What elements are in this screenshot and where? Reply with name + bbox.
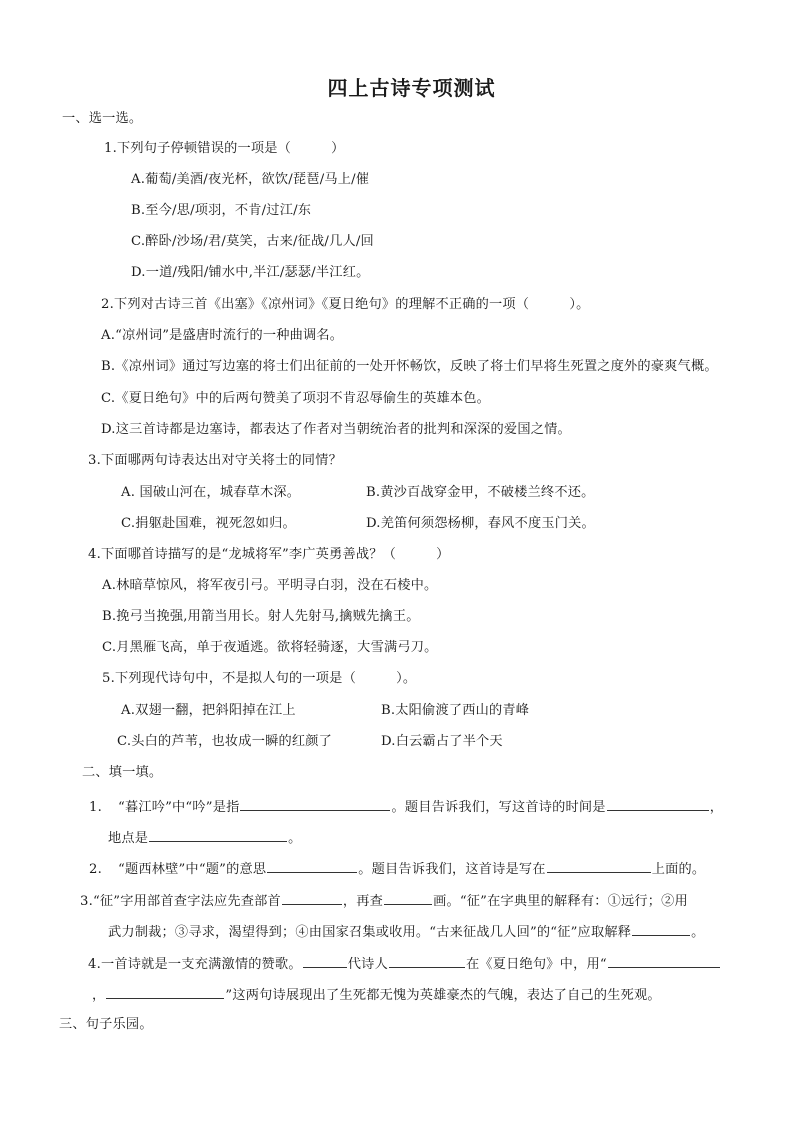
fill-question-4-text-5: ”这两句诗展现出了生死都无愧为英雄豪杰的气魄，表达了自己的生死观。 xyxy=(225,988,660,1003)
answer-blank-time[interactable] xyxy=(607,796,709,811)
answer-blank-verse-2[interactable] xyxy=(106,984,224,999)
fill-question-1-line-2: 地点是。 xyxy=(108,827,302,848)
fill-question-1-text-1: “暮江吟”中“吟”是指 xyxy=(118,800,239,815)
question-5-option-c: C.头白的芦苇，也妆成一瞬的红颜了 xyxy=(117,733,332,751)
page-title: 四上古诗专项测试 xyxy=(0,72,793,101)
fill-question-1-text-5: 。 xyxy=(288,831,301,846)
fill-question-4-text-3: 在《夏日绝句》中，用“ xyxy=(466,957,607,972)
fill-question-2-text-3: 上面的。 xyxy=(652,862,706,877)
fill-question-3-line-2: 武力制裁；③寻求，渴望得到；④由国家召集或收用。“古来征战几人回”的“征”应取解… xyxy=(108,921,705,942)
question-2-option-b: B.《凉州词》通过写边塞的将士们出征前的一处开怀畅饮，反映了将士们早将生死置之度… xyxy=(101,358,718,376)
question-1-option-c: C.醉卧/沙场/君/莫笑，古来/征战/几人/回 xyxy=(131,233,374,251)
question-1-option-d: D.一道/残阳/铺水中,半江/瑟瑟/半江红。 xyxy=(131,264,369,282)
fill-question-1-text-3: ， xyxy=(710,800,723,815)
fill-question-1-text-2: 。题目告诉我们，写这首诗的时间是 xyxy=(391,800,605,815)
fill-question-1-number: 1. xyxy=(89,799,118,817)
answer-blank-poet[interactable] xyxy=(389,953,465,968)
answer-blank-radical[interactable] xyxy=(282,890,342,905)
answer-blank-verse-1[interactable] xyxy=(608,953,720,968)
section-heading-fill: 二、填一填。 xyxy=(82,764,162,782)
fill-question-4-text-1: 4.一首诗就是一支充满激情的赞歌。 xyxy=(88,957,302,972)
question-3-option-d: D.羌笛何须怨杨柳，春风不度玉门关。 xyxy=(366,515,595,533)
question-5-option-b: B.太阳偷渡了西山的青峰 xyxy=(381,702,529,720)
fill-question-3-text-2: ，再查 xyxy=(343,894,383,909)
question-5-option-d: D.白云霸占了半个天 xyxy=(381,733,503,751)
worksheet-page: 四上古诗专项测试 一、选一选。 1.下列句子停顿错误的一项是（ ） A.葡萄/美… xyxy=(0,0,793,1122)
section-heading-sentences: 三、句子乐园。 xyxy=(59,1016,153,1034)
question-5-option-a: A.双翅一翻，把斜阳掉在江上 xyxy=(121,702,296,720)
question-2-option-a: A.“凉州词”是盛唐时流行的一种曲调名。 xyxy=(101,327,343,345)
answer-blank-written-on[interactable] xyxy=(547,858,651,873)
question-3-option-b: B.黄沙百战穿金甲，不破楼兰终不还。 xyxy=(366,484,594,502)
fill-question-4-text-4: ， xyxy=(92,988,105,1003)
fill-question-3-text-4: 武力制裁；③寻求，渴望得到；④由国家召集或收用。“古来征战几人回”的“征”应取解… xyxy=(108,925,631,940)
question-2-option-d: D.这三首诗都是边塞诗，都表达了作者对当朝统治者的批判和深深的爱国之情。 xyxy=(101,421,571,439)
question-1-option-a: A.葡萄/美酒/夜光杯，欲饮/琵琶/马上/催 xyxy=(131,171,369,189)
question-5-stem: 5.下列现代诗句中，不是拟人句的一项是（ ）。 xyxy=(102,670,416,688)
section-heading-choice: 一、选一选。 xyxy=(62,110,142,128)
fill-question-3-text-3: 画。“征”在字典里的解释有：①远行；②用 xyxy=(433,894,688,909)
question-2-stem: 2.下列对古诗三首《出塞》《凉州词》《夏日绝句》的理解不正确的一项（ ）。 xyxy=(101,296,590,314)
fill-question-2-text-2: 。题目告诉我们，这首诗是写在 xyxy=(358,862,545,877)
question-4-option-b: B.挽弓当挽强,用箭当用长。射人先射马,擒贼先擒王。 xyxy=(102,608,420,626)
fill-question-2-line: 2.“题西林壁”中“题”的意思。题目告诉我们，这首诗是写在上面的。 xyxy=(89,858,705,879)
question-4-option-c: C.月黑雁飞高，单于夜遁逃。欲将轻骑逐，大雪满弓刀。 xyxy=(102,639,438,657)
fill-question-4-text-2: 代诗人 xyxy=(348,957,388,972)
fill-question-2-number: 2. xyxy=(89,861,118,879)
question-4-stem: 4.下面哪首诗描写的是“龙城将军”李广英勇善战？（ ） xyxy=(88,546,450,564)
answer-blank-meaning-choice[interactable] xyxy=(632,921,690,936)
question-3-option-c: C.捐躯赴国难，视死忽如归。 xyxy=(121,515,296,533)
answer-blank-dynasty[interactable] xyxy=(303,953,347,968)
question-2-option-c: C.《夏日绝句》中的后两句赞美了项羽不肯忍辱偷生的英雄本色。 xyxy=(101,390,490,408)
question-4-option-a: A.林暗草惊风，将军夜引弓。平明寻白羽，没在石棱中。 xyxy=(102,577,437,595)
fill-question-3-line-1: 3.“征”字用部首查字法应先查部首，再查画。“征”在字典里的解释有：①远行；②用 xyxy=(80,890,688,911)
question-1-stem: 1.下列句子停顿错误的一项是（ ） xyxy=(104,140,345,158)
fill-question-4-line-1: 4.一首诗就是一支充满激情的赞歌。代诗人在《夏日绝句》中，用“ xyxy=(88,953,721,974)
answer-blank-strokes[interactable] xyxy=(384,890,432,905)
fill-question-2-text-1: “题西林壁”中“题”的意思 xyxy=(118,862,266,877)
answer-blank-meaning-of-ti[interactable] xyxy=(267,858,357,873)
question-3-stem: 3.下面哪两句诗表达出对守关将士的同情？ xyxy=(88,452,342,470)
fill-question-3-text-5: 。 xyxy=(691,925,704,940)
answer-blank-place[interactable] xyxy=(149,827,287,842)
question-3-option-a: A. 国破山河在，城春草木深。 xyxy=(121,484,300,502)
question-1-option-b: B.至今/思/项羽，不肯/过江/东 xyxy=(131,202,311,220)
fill-question-1-text-4: 地点是 xyxy=(108,831,148,846)
answer-blank-meaning-of-yin[interactable] xyxy=(240,796,390,811)
fill-question-4-line-2: ，”这两句诗展现出了生死都无愧为英雄豪杰的气魄，表达了自己的生死观。 xyxy=(92,984,661,1005)
fill-question-1-line-1: 1.“暮江吟”中“吟”是指。题目告诉我们，写这首诗的时间是， xyxy=(89,796,723,817)
fill-question-3-text-1: 3.“征”字用部首查字法应先查部首 xyxy=(80,894,281,909)
